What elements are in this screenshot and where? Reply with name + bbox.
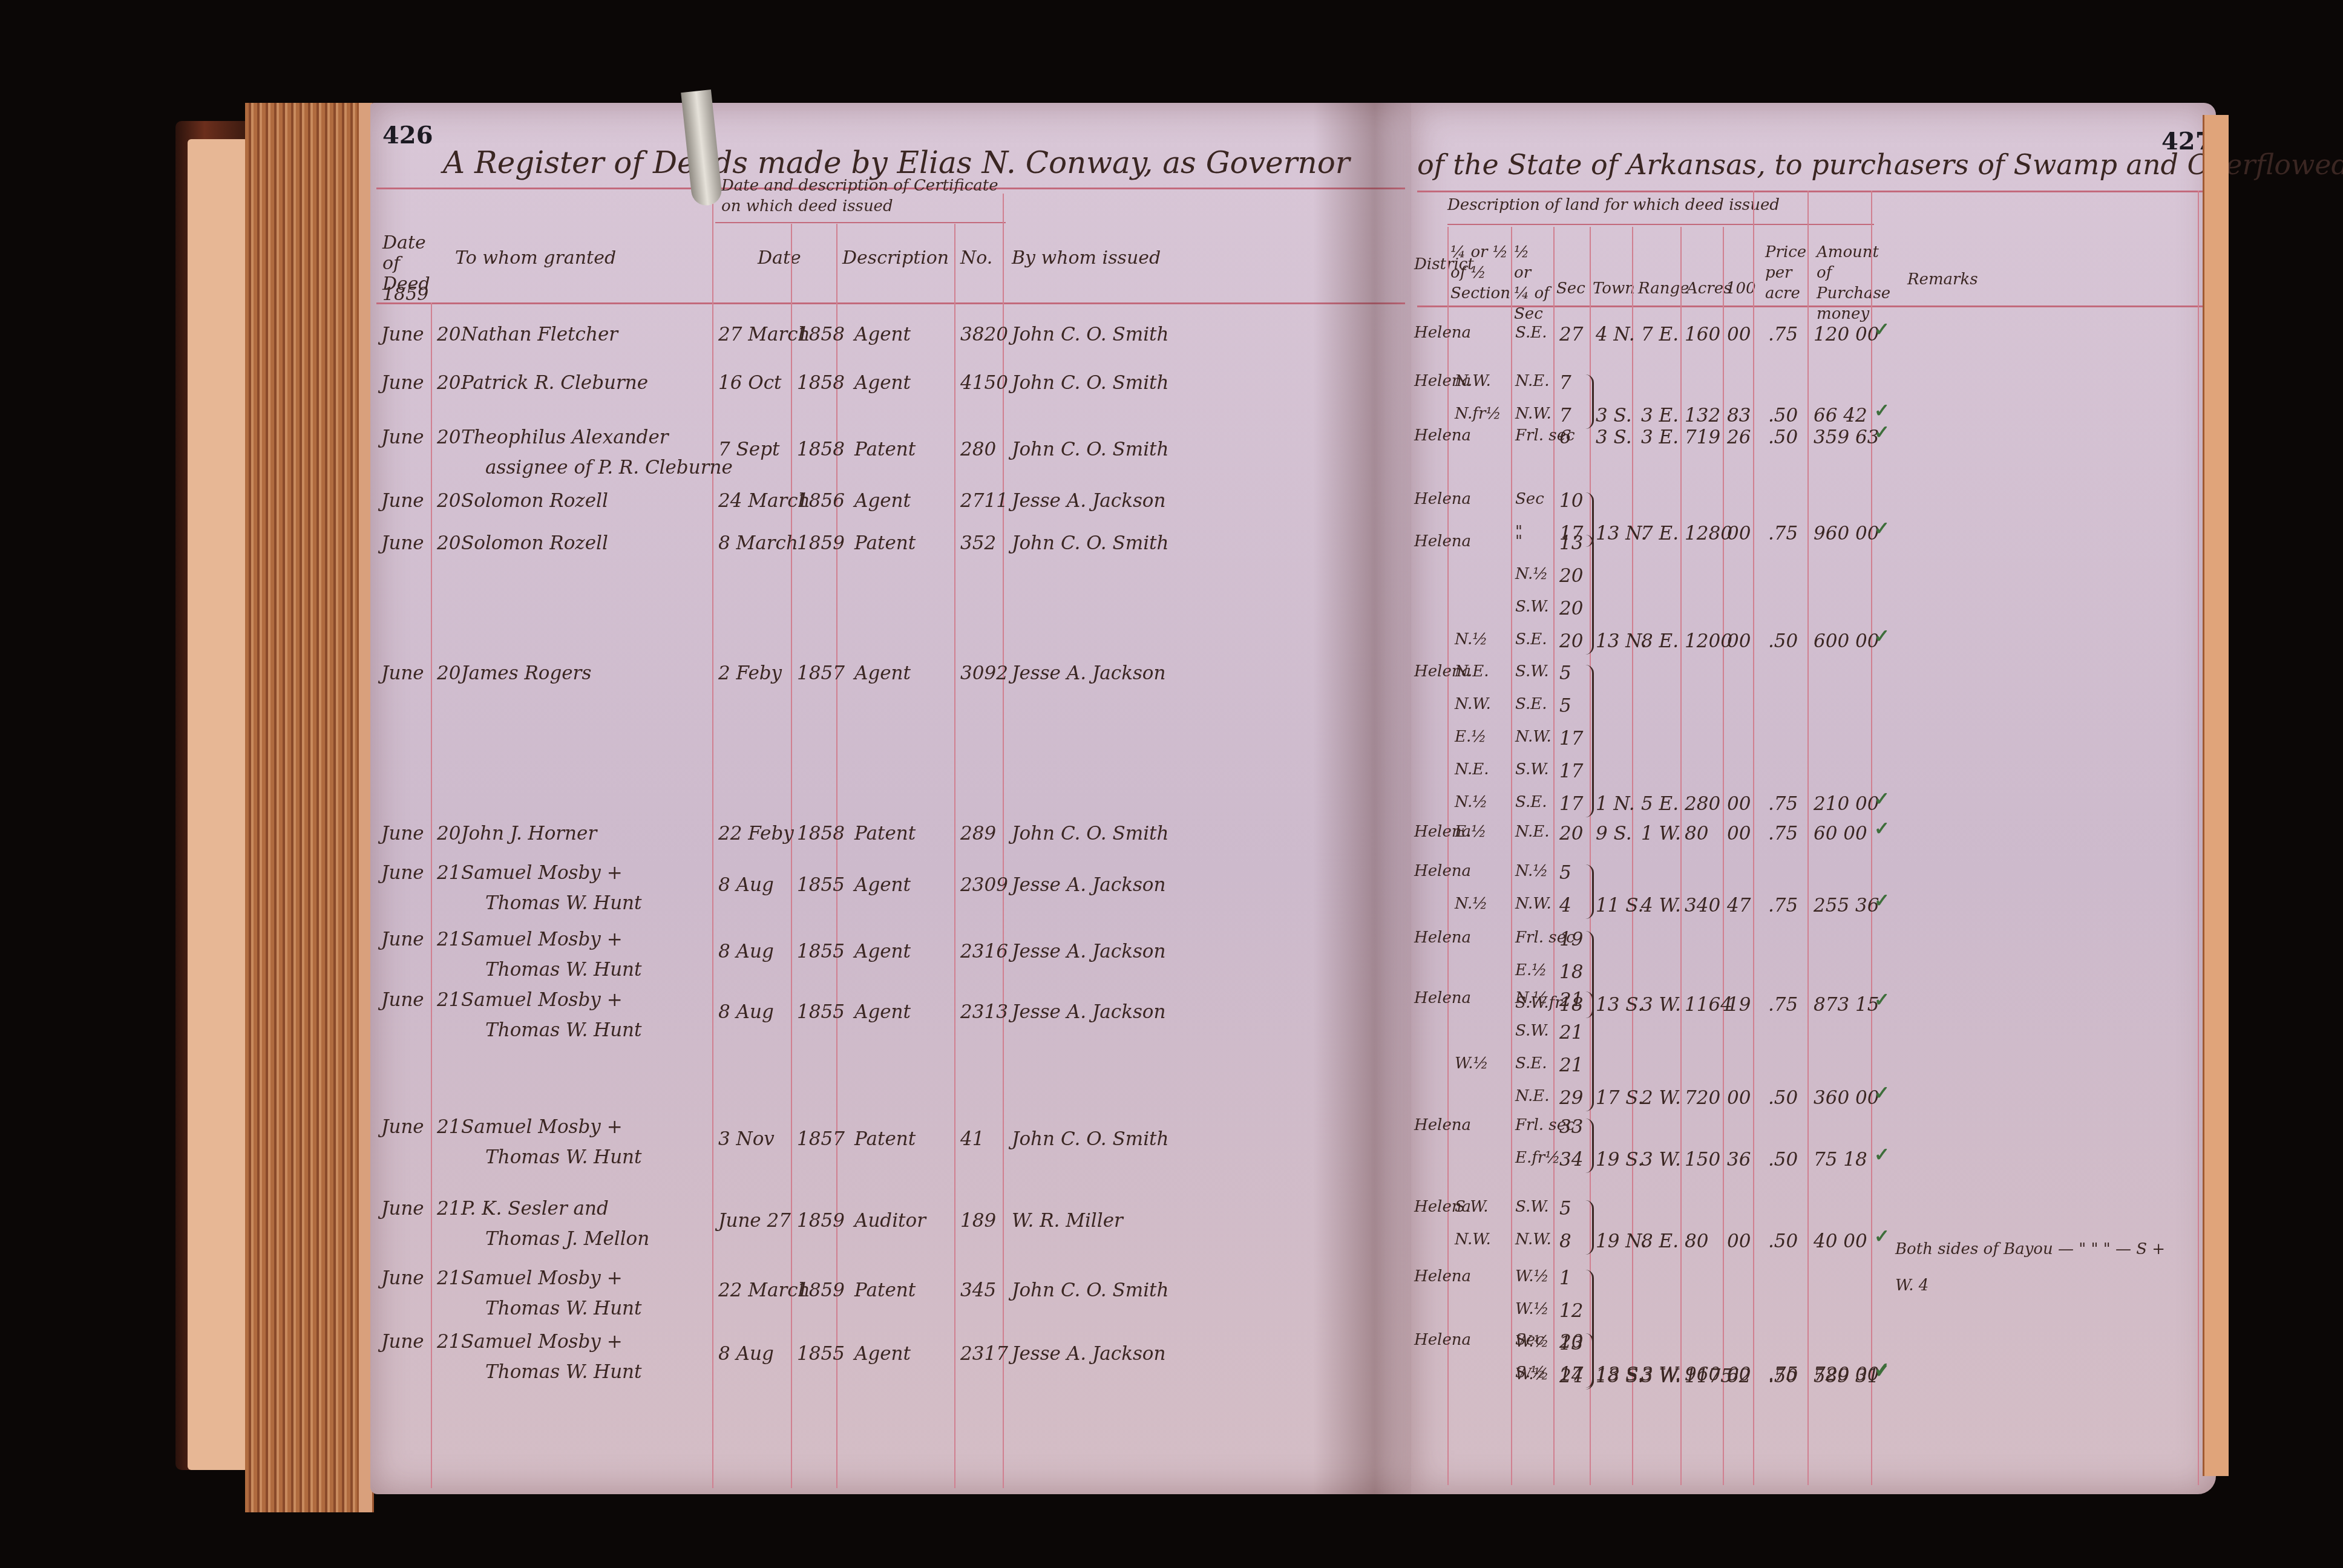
price-per-acre: .50 [1768, 1230, 1798, 1252]
issued-by: Jesse A. Jackson [1012, 874, 1165, 896]
section-number: 17 [1559, 728, 1583, 750]
deed-month: June [381, 426, 424, 448]
purchase-amount: 210 00 [1814, 793, 1879, 815]
deed-month: June [381, 532, 424, 554]
section-number: 17 [1559, 1364, 1583, 1385]
certificate-number: 4150 [960, 372, 1008, 394]
issued-by: Jesse A. Jackson [1012, 1343, 1165, 1365]
section-number: 4 [1559, 895, 1571, 916]
quarter-section-part: N.E. [1455, 760, 1489, 779]
certificate-number: 2316 [960, 941, 1008, 962]
acres: 160 [1685, 324, 1720, 345]
section-number: 20 [1559, 565, 1583, 587]
quarter-of-section: S.W. [1515, 760, 1549, 779]
deed-day: 21 [437, 862, 460, 884]
issued-by: Jesse A. Jackson [1012, 662, 1165, 684]
certificate-year: 1858 [797, 324, 845, 345]
certificate-year: 1859 [797, 1210, 845, 1232]
quarter-section-part: E.½ [1455, 728, 1486, 746]
grantee-name: Theophilus Alexander [461, 426, 669, 448]
township: 19 S. [1596, 1149, 1643, 1171]
quarter-section-part: N.fr½ [1455, 405, 1501, 423]
purchase-amount: 120 00 [1814, 324, 1879, 345]
section-number: 8 [1559, 1230, 1571, 1252]
quarter-of-section: S.E. [1515, 1054, 1547, 1073]
grantee-name: Solomon Rozell [461, 490, 608, 512]
purchase-amount: 75 18 [1814, 1149, 1867, 1171]
deed-day: 20 [437, 324, 460, 345]
grantee-name-2: assignee of P. R. Cleburne [485, 457, 733, 479]
quarter-of-section: W.½ [1515, 1267, 1549, 1285]
purchase-amount: 960 00 [1814, 523, 1879, 544]
acres-hundredths: 00 [1727, 1364, 1751, 1385]
grouping-brace [1584, 864, 1594, 919]
certificate-date: 27 March [718, 324, 810, 345]
acres-hundredths: 00 [1727, 523, 1751, 544]
section-number: 27 [1559, 324, 1583, 345]
range: 3 E. [1641, 426, 1679, 448]
certificate-description: Agent [854, 324, 911, 345]
quarter-of-section: N.W. [1515, 728, 1552, 746]
acres-hundredths: 00 [1727, 793, 1751, 815]
price-per-acre: .75 [1768, 895, 1798, 916]
quarter-of-section: N.W. [1515, 895, 1552, 913]
quarter-of-section: S.E. [1515, 324, 1547, 342]
price-per-acre: .50 [1768, 630, 1798, 652]
certificate-date: 2 Feby [718, 662, 782, 684]
header-quarter-section: ¼ or ½ of ½ Section [1450, 242, 1511, 304]
acres: 719 [1685, 426, 1720, 448]
verified-check-icon: ✓ [1874, 989, 1890, 1011]
acres-hundredths: 47 [1727, 895, 1751, 916]
certificate-number: 289 [960, 823, 996, 844]
certificate-number: 2711 [960, 490, 1008, 512]
grouping-brace [1584, 1119, 1594, 1173]
section-number: 7 [1559, 405, 1571, 426]
right-page: 427 of the State of Arkansas, to purchas… [1411, 103, 2216, 1494]
range: 3 W. [1641, 1364, 1681, 1385]
deed-day: 20 [437, 823, 460, 844]
quarter-of-section: N.W. [1515, 405, 1552, 423]
header-remarks: Remarks [1907, 269, 1978, 290]
range: 7 E. [1641, 324, 1679, 345]
section-number: 5 [1559, 1198, 1571, 1220]
header-by-whom: By whom issued [1012, 248, 1161, 269]
quarter-of-section: S.W. [1515, 598, 1549, 616]
certificate-number: 2313 [960, 1001, 1008, 1023]
certificate-year: 1859 [797, 532, 845, 554]
certificate-description: Patent [854, 1128, 916, 1150]
grantee-name: P. K. Sesler and [461, 1198, 609, 1220]
grouping-brace [1584, 374, 1594, 429]
township: 19 N. [1596, 1230, 1647, 1252]
quarter-of-section: S.E. [1515, 793, 1547, 811]
header-year: 1859 [382, 284, 428, 305]
purchase-amount: 66 42 [1814, 405, 1867, 426]
township: 11 S. [1596, 895, 1643, 916]
certificate-date: 24 March [718, 490, 810, 512]
deed-day: 21 [437, 989, 460, 1011]
grantee-name-2: Thomas J. Mellon [485, 1228, 649, 1250]
quarter-of-section: S.½ [1515, 1364, 1545, 1382]
deed-month: June [381, 372, 424, 394]
certificate-year: 1857 [797, 1128, 845, 1150]
certificate-date: 8 Aug [718, 1343, 774, 1365]
certificate-year: 1855 [797, 1001, 845, 1023]
section-number: 21 [1559, 1022, 1583, 1044]
issued-by: John C. O. Smith [1012, 439, 1168, 460]
district: Helena [1414, 989, 1471, 1007]
quarter-section-part: N.W. [1455, 695, 1491, 713]
issued-by: John C. O. Smith [1012, 1128, 1168, 1150]
district: Helena [1414, 532, 1471, 550]
grantee-name-2: Thomas W. Hunt [485, 1298, 642, 1319]
range: 3 W. [1641, 1149, 1681, 1171]
range: 5 E. [1641, 793, 1679, 815]
certificate-date: 7 Sept [718, 439, 779, 460]
acres: 1280 [1685, 523, 1732, 544]
certificate-year: 1855 [797, 1343, 845, 1365]
certificate-description: Agent [854, 490, 911, 512]
section-number: 20 [1559, 630, 1583, 652]
header-land-group: Description of land for which deed issue… [1447, 195, 1780, 215]
quarter-of-section: S.W. [1515, 662, 1549, 681]
certificate-number: 3092 [960, 662, 1008, 684]
deed-day: 21 [437, 1267, 460, 1289]
section-number: 12 [1559, 1300, 1583, 1322]
grantee-name: Samuel Mosby + [461, 1116, 623, 1138]
verified-check-icon: ✓ [1874, 319, 1890, 341]
deed-day: 21 [437, 1116, 460, 1138]
certificate-date: 8 Aug [718, 874, 774, 896]
grantee-name: Patrick R. Cleburne [461, 372, 648, 394]
district: Helena [1414, 426, 1471, 445]
certificate-year: 1855 [797, 941, 845, 962]
quarter-section-part: S.W. [1455, 1198, 1489, 1216]
deed-month: June [381, 823, 424, 844]
quarter-of-section: E.fr½ [1515, 1149, 1561, 1167]
header-to-whom: To whom granted [455, 248, 616, 269]
deed-month: June [381, 1116, 424, 1138]
flyleaf [188, 139, 248, 1470]
range: 3 E. [1641, 405, 1679, 426]
certificate-date: 22 Feby [718, 823, 794, 844]
grantee-name: Solomon Rozell [461, 532, 608, 554]
quarter-section-part: N.½ [1455, 630, 1488, 648]
header-cert-description: Description [842, 248, 949, 269]
issued-by: John C. O. Smith [1012, 372, 1168, 394]
open-ledger: 426 A Register of Deeds made by Elias N.… [175, 91, 2039, 1500]
price-per-acre: .50 [1768, 426, 1798, 448]
grantee-name-2: Thomas W. Hunt [485, 892, 642, 914]
district: Helena [1414, 324, 1471, 342]
acres: 960 [1685, 1364, 1720, 1385]
grantee-name-2: Thomas W. Hunt [485, 1019, 642, 1041]
certificate-date: 22 March [718, 1279, 810, 1301]
certificate-description: Agent [854, 662, 911, 684]
acres-hundredths: 36 [1727, 1149, 1751, 1171]
quarter-section-part: N.W. [1455, 372, 1491, 390]
deed-month: June [381, 490, 424, 512]
remarks: Both sides of Bayou — " " " — S + W. 4 [1895, 1231, 2186, 1304]
certificate-date: 16 Oct [718, 372, 782, 394]
acres-hundredths: 83 [1727, 405, 1751, 426]
section-number: 33 [1559, 1116, 1583, 1138]
purchase-amount: 255 36 [1814, 895, 1879, 916]
township: 3 S. [1596, 426, 1632, 448]
certificate-number: 2309 [960, 874, 1008, 896]
grantee-name: James Rogers [461, 662, 591, 684]
township: 9 S. [1596, 823, 1632, 844]
verified-check-icon: ✓ [1874, 1144, 1890, 1166]
header-hundredths: 100 [1726, 278, 1756, 299]
grouping-brace [1584, 1333, 1594, 1388]
purchase-amount: 360 00 [1814, 1087, 1879, 1109]
verified-check-icon: ✓ [1874, 422, 1890, 443]
grouping-brace [1584, 1200, 1594, 1255]
certificate-description: Patent [854, 823, 916, 844]
section-number: 5 [1559, 662, 1571, 684]
quarter-of-section: N.½ [1515, 862, 1548, 880]
verified-check-icon: ✓ [1874, 626, 1890, 647]
deed-month: June [381, 324, 424, 345]
certificate-year: 1858 [797, 372, 845, 394]
quarter-of-section: S.W. [1515, 1198, 1549, 1216]
verified-check-icon: ✓ [1874, 1359, 1890, 1380]
grantee-name: Samuel Mosby + [461, 1331, 623, 1353]
certificate-date: 8 Aug [718, 1001, 774, 1023]
deed-day: 20 [437, 372, 460, 394]
deed-month: June [381, 662, 424, 684]
certificate-number: 189 [960, 1210, 996, 1232]
issued-by: John C. O. Smith [1012, 1279, 1168, 1301]
deed-day: 21 [437, 1198, 460, 1220]
district: Helena [1414, 929, 1471, 947]
acres-hundredths: 00 [1727, 324, 1751, 345]
quarter-of-section: N.½ [1515, 565, 1548, 583]
certificate-year: 1858 [797, 823, 845, 844]
verified-check-icon: ✓ [1874, 818, 1890, 840]
district: Helena [1414, 490, 1471, 508]
certificate-number: 280 [960, 439, 996, 460]
verified-check-icon: ✓ [1874, 1082, 1890, 1104]
deed-day: 20 [437, 662, 460, 684]
acres-hundredths: 00 [1727, 823, 1751, 844]
price-per-acre: .50 [1768, 1087, 1798, 1109]
section-number: 21 [1559, 989, 1583, 1011]
section-number: 17 [1559, 760, 1583, 782]
issued-by: John C. O. Smith [1012, 823, 1168, 844]
certificate-description: Patent [854, 532, 916, 554]
purchase-amount: 359 63 [1814, 426, 1879, 448]
quarter-of-section: " [1515, 532, 1522, 550]
grantee-name: John J. Horner [461, 823, 597, 844]
district: Helena [1414, 1331, 1471, 1349]
range: 7 E. [1641, 523, 1679, 544]
quarter-of-section: W.½ [1515, 1300, 1549, 1318]
certificate-description: Agent [854, 874, 911, 896]
deed-month: June [381, 1198, 424, 1220]
quarter-of-section: S.E. [1515, 695, 1547, 713]
acres: 280 [1685, 793, 1720, 815]
certificate-description: Agent [854, 1343, 911, 1365]
section-number: 17 [1559, 793, 1583, 815]
quarter-section-part: N.½ [1455, 895, 1488, 913]
header-certificate-group: Date and description of Certificate on w… [721, 175, 1000, 217]
section-number: 5 [1559, 862, 1571, 884]
deed-month: June [381, 929, 424, 950]
township: 13 S. [1596, 1364, 1643, 1385]
certificate-year: 1857 [797, 662, 845, 684]
quarter-of-section: N.E. [1515, 372, 1550, 390]
certificate-year: 1856 [797, 490, 845, 512]
issued-by: Jesse A. Jackson [1012, 490, 1165, 512]
price-per-acre: .75 [1768, 793, 1798, 815]
certificate-number: 345 [960, 1279, 996, 1301]
certificate-date: 8 March [718, 532, 798, 554]
deed-day: 20 [437, 426, 460, 448]
purchase-amount: 873 15 [1814, 994, 1879, 1016]
grantee-name: Samuel Mosby + [461, 989, 623, 1011]
district: Helena [1414, 1116, 1471, 1134]
range: 2 W. [1641, 1087, 1681, 1109]
price-per-acre: .75 [1768, 994, 1798, 1016]
left-page: 426 A Register of Deeds made by Elias N.… [370, 103, 1411, 1494]
quarter-section-part: N.½ [1455, 793, 1488, 811]
township: 13 N. [1596, 630, 1647, 652]
section-number: 21 [1559, 1054, 1583, 1076]
quarter-of-section: Sec [1515, 1331, 1544, 1349]
header-quarter: ½ or ¼ of Sec [1514, 242, 1550, 324]
quarter-of-section: N.½ [1515, 989, 1548, 1007]
range: 4 W. [1641, 895, 1681, 916]
certificate-description: Agent [854, 372, 911, 394]
grouping-brace [1584, 665, 1594, 817]
grouping-brace [1584, 535, 1594, 655]
section-number: 6 [1559, 426, 1571, 448]
acres-hundredths: 00 [1727, 1230, 1751, 1252]
price-per-acre: .50 [1768, 1149, 1798, 1171]
issued-by: Jesse A. Jackson [1012, 941, 1165, 962]
quarter-section-part: W.½ [1455, 1054, 1489, 1073]
quarter-of-section: E.½ [1515, 961, 1547, 979]
grantee-name: Samuel Mosby + [461, 1267, 623, 1289]
grouping-brace [1584, 991, 1594, 1111]
quarter-of-section: S.W. [1515, 1022, 1549, 1040]
range: 8 E. [1641, 1230, 1679, 1252]
acres: 80 [1685, 1230, 1708, 1252]
header-price: Price per acre [1765, 242, 1807, 304]
header-amount: Amount of Purchase money [1817, 242, 1883, 324]
verified-check-icon: ✓ [1874, 1226, 1890, 1247]
section-number: 1 [1559, 1267, 1571, 1289]
deed-day: 20 [437, 490, 460, 512]
deed-day: 21 [437, 929, 460, 950]
certificate-description: Auditor [854, 1210, 926, 1232]
acres-hundredths: 19 [1727, 994, 1751, 1016]
purchase-amount: 60 00 [1814, 823, 1867, 844]
verified-check-icon: ✓ [1874, 890, 1890, 912]
quarter-of-section: N.E. [1515, 1087, 1550, 1105]
deed-day: 20 [437, 532, 460, 554]
section-number: 18 [1559, 961, 1583, 983]
certificate-year: 1859 [797, 1279, 845, 1301]
acres: 150 [1685, 1149, 1720, 1171]
acres: 340 [1685, 895, 1720, 916]
township: 1 N. [1596, 793, 1635, 815]
grantee-name: Samuel Mosby + [461, 862, 623, 884]
header-acres: Acres [1686, 278, 1732, 299]
deed-month: June [381, 1267, 424, 1289]
quarter-of-section: S.E. [1515, 630, 1547, 648]
section-number: 20 [1559, 1331, 1583, 1353]
deed-month: June [381, 862, 424, 884]
township: 13 S. [1596, 994, 1643, 1016]
grantee-name-2: Thomas W. Hunt [485, 1361, 642, 1383]
quarter-section-part: N.W. [1455, 1230, 1491, 1249]
header-town: Town [1593, 278, 1635, 299]
issued-by: W. R. Miller [1012, 1210, 1123, 1232]
certificate-year: 1858 [797, 439, 845, 460]
section-number: 29 [1559, 1087, 1583, 1109]
range: 8 E. [1641, 630, 1679, 652]
quarter-section-part: E.½ [1455, 823, 1486, 841]
price-per-acre: .50 [1768, 405, 1798, 426]
certificate-description: Patent [854, 439, 916, 460]
certificate-number: 41 [960, 1128, 984, 1150]
acres: 80 [1685, 823, 1708, 844]
deed-day: 21 [437, 1331, 460, 1353]
certificate-date: 3 Nov [718, 1128, 775, 1150]
certificate-description: Patent [854, 1279, 916, 1301]
purchase-amount: 40 00 [1814, 1230, 1867, 1252]
purchase-amount: 720 00 [1814, 1364, 1879, 1385]
issued-by: John C. O. Smith [1012, 324, 1168, 345]
quarter-of-section: N.E. [1515, 823, 1550, 841]
right-page-edge [2203, 115, 2229, 1476]
deed-month: June [381, 989, 424, 1011]
issued-by: Jesse A. Jackson [1012, 1001, 1165, 1023]
page-number-left: 426 [382, 121, 433, 149]
acres-hundredths: 00 [1727, 630, 1751, 652]
section-number: 7 [1559, 372, 1571, 394]
acres: 1164 [1685, 994, 1732, 1016]
section-number: 13 [1559, 532, 1583, 554]
grantee-name-2: Thomas W. Hunt [485, 959, 642, 981]
certificate-number: 352 [960, 532, 996, 554]
section-number: 19 [1559, 929, 1583, 950]
purchase-amount: 600 00 [1814, 630, 1879, 652]
quarter-section-part: N.E. [1455, 662, 1489, 681]
township: 17 S. [1596, 1087, 1643, 1109]
section-number: 20 [1559, 598, 1583, 619]
acres: 1200 [1685, 630, 1732, 652]
price-per-acre: .75 [1768, 324, 1798, 345]
grantee-name-2: Thomas W. Hunt [485, 1146, 642, 1168]
price-per-acre: .75 [1768, 523, 1798, 544]
acres: 720 [1685, 1087, 1720, 1109]
verified-check-icon: ✓ [1874, 788, 1890, 810]
acres-hundredths: 26 [1727, 426, 1751, 448]
certificate-number: 2317 [960, 1343, 1008, 1365]
grantee-name: Nathan Fletcher [461, 324, 618, 345]
verified-check-icon: ✓ [1874, 400, 1890, 422]
header-cert-date: Date [758, 248, 801, 269]
township: 4 N. [1596, 324, 1635, 345]
deed-month: June [381, 1331, 424, 1353]
section-number: 5 [1559, 695, 1571, 717]
grantee-name: Samuel Mosby + [461, 929, 623, 950]
